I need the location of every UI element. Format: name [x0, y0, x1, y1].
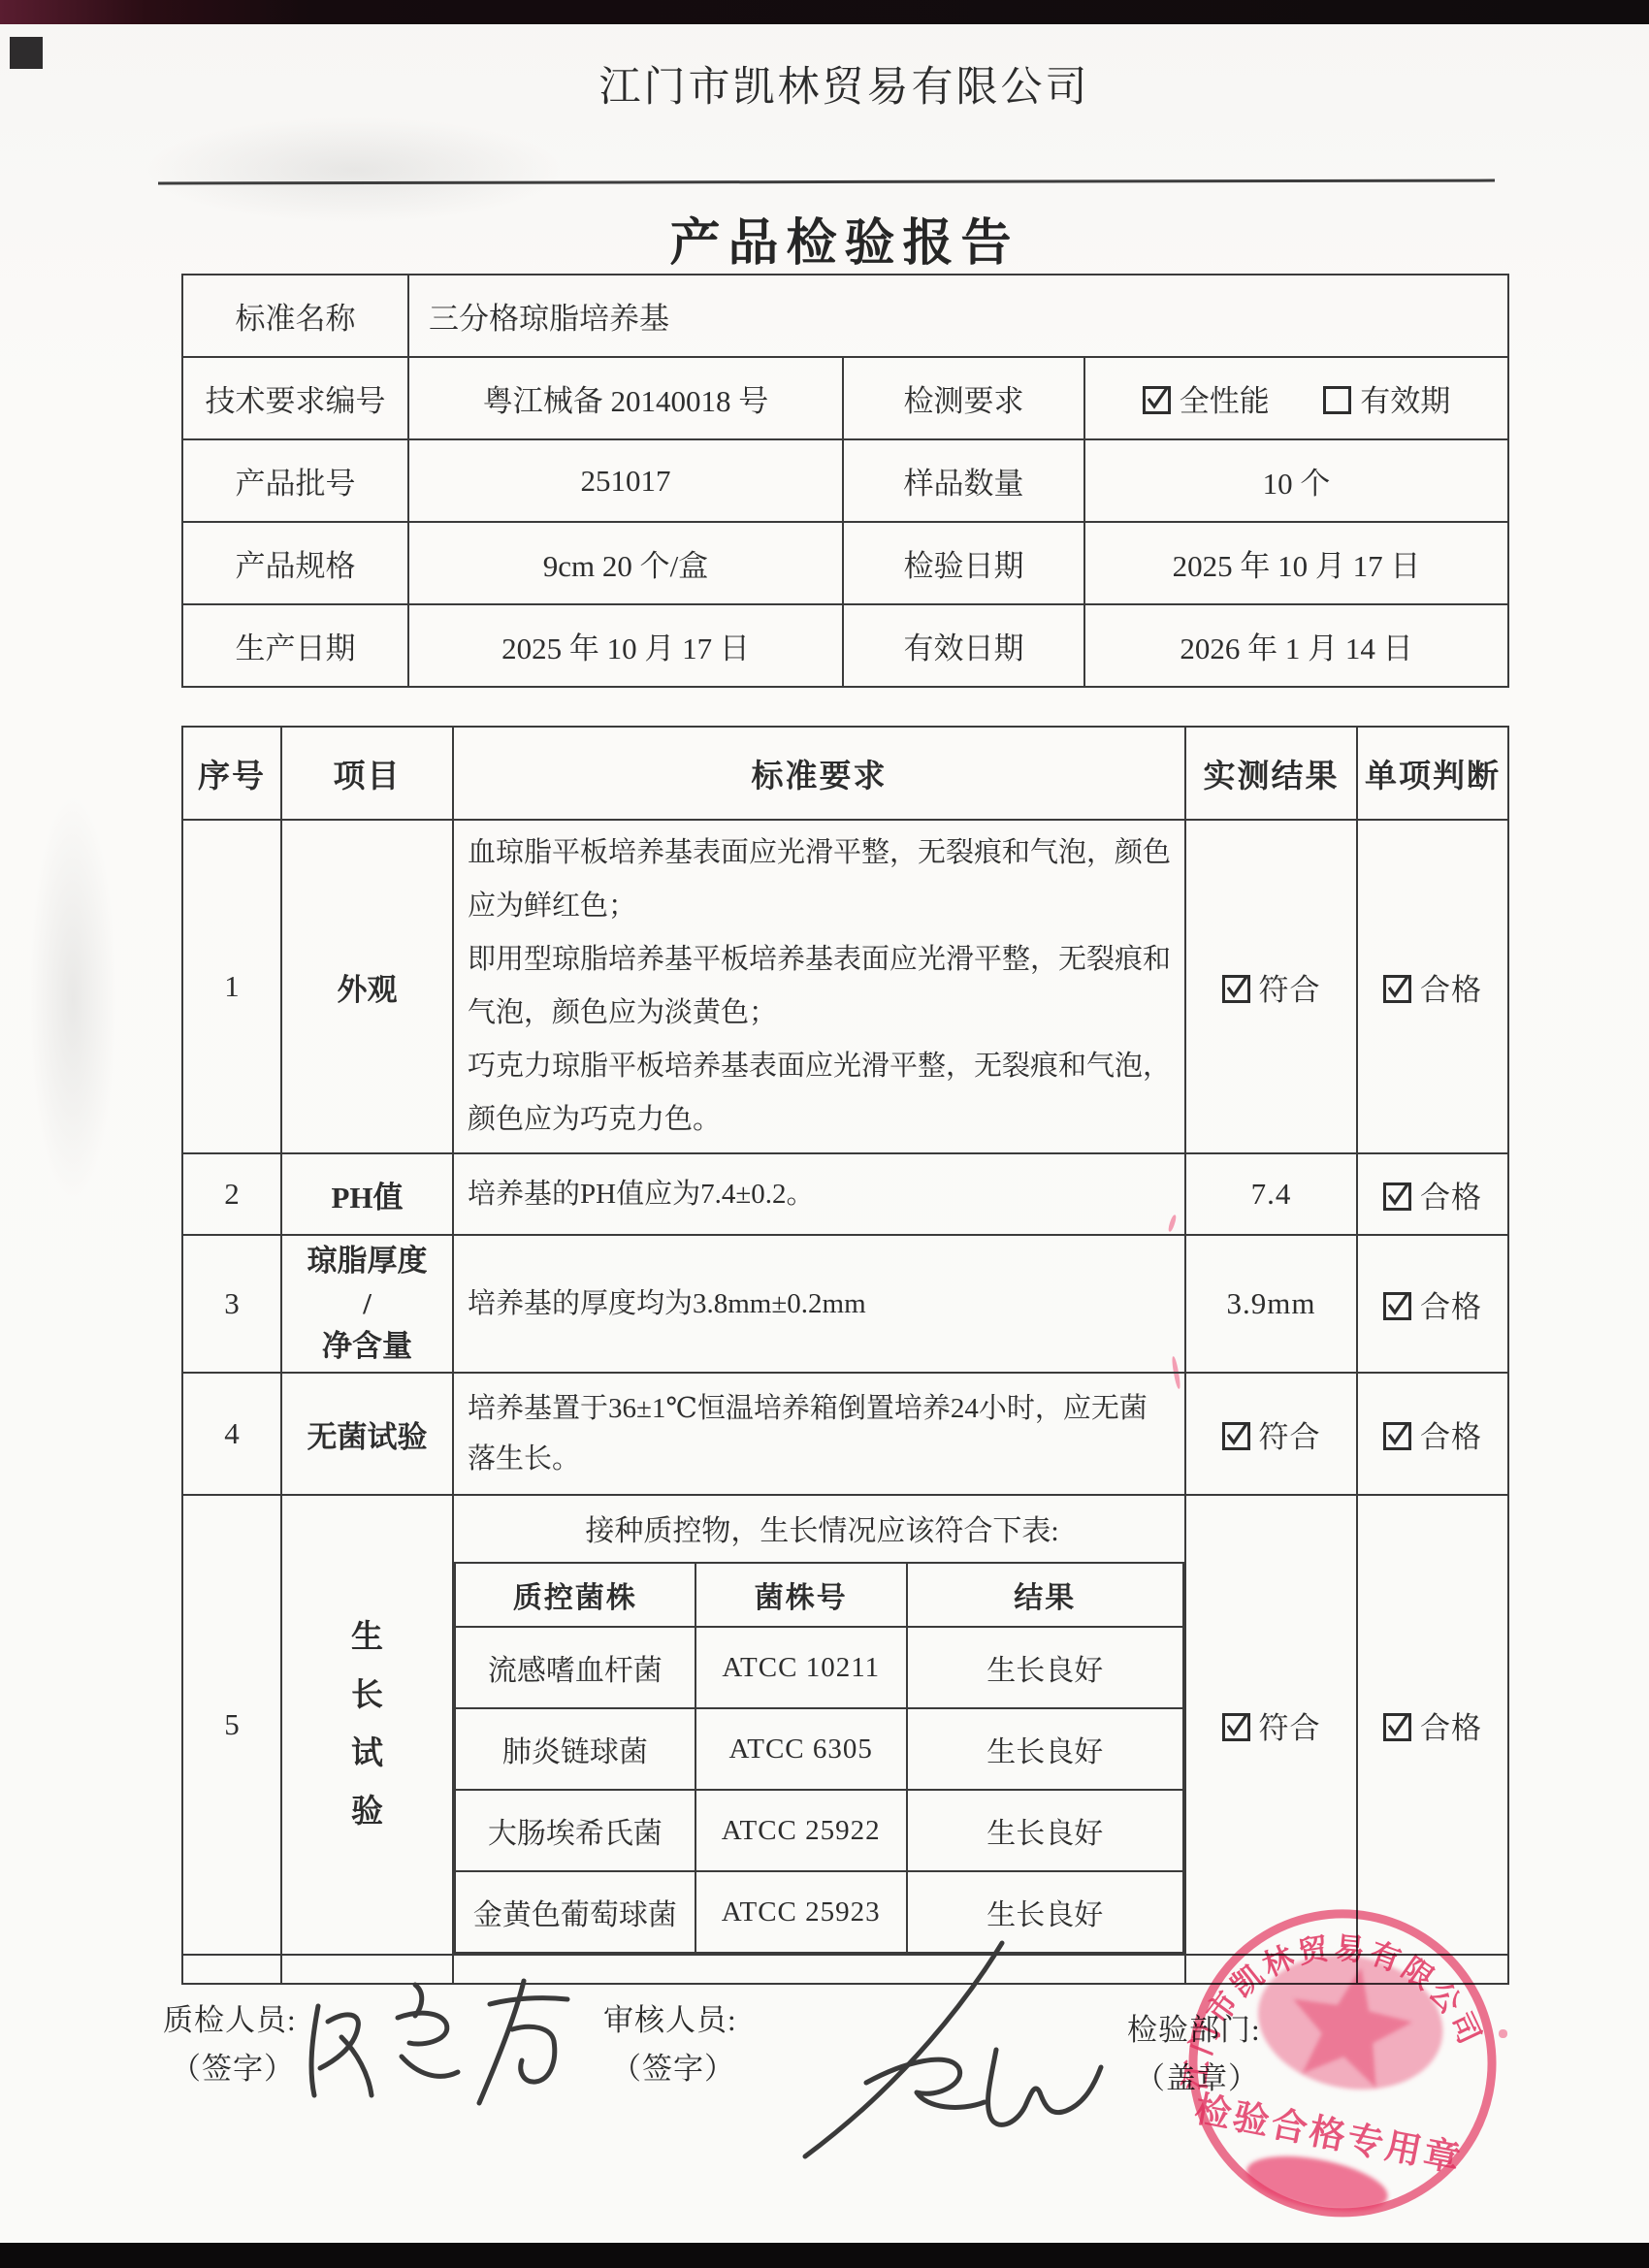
- reviewer-label: 审核人员:: [603, 1996, 737, 2045]
- tech-requirement-no-value: 粤江械备 20140018 号: [408, 357, 843, 439]
- field-label: 样品数量: [843, 439, 1084, 522]
- inspector-label: 质检人员:: [163, 1996, 297, 2045]
- column-header: 实测结果: [1185, 727, 1357, 820]
- column-header: 标准要求: [453, 727, 1185, 820]
- standard-requirement: 血琼脂平板培养基表面应光滑平整，无裂痕和气泡，颜色 应为鲜红色； 即用型琼脂培养…: [453, 820, 1185, 1153]
- growth-intro-text: 接种质控物，生长情况应该符合下表:: [454, 1496, 1184, 1562]
- reviewer-label-block: 审核人员: （签字）: [603, 1996, 737, 2093]
- measured-result: 符合: [1185, 1373, 1357, 1495]
- strain-number: ATCC 10211: [695, 1627, 907, 1708]
- strain-number: ATCC 6305: [695, 1708, 907, 1790]
- check-option-label: 全性能: [1180, 384, 1270, 418]
- production-date-value: 2025 年 10 月 17 日: [408, 604, 843, 687]
- field-label: 检验日期: [843, 522, 1084, 604]
- table-row: 技术要求编号 粤江械备 20140018 号 检测要求 全性能 有效期: [182, 357, 1508, 439]
- checkbox-unchecked-icon: [1323, 386, 1351, 414]
- check-option-label: 有效期: [1360, 384, 1450, 418]
- column-header: 项目: [281, 727, 453, 820]
- checkbox-checked-icon: [1222, 975, 1250, 1003]
- row-number: 3: [182, 1235, 281, 1373]
- judgement: 合格: [1357, 1373, 1508, 1495]
- growth-result: 生长良好: [907, 1708, 1183, 1790]
- company-name: 江门市凯林贸易有限公司: [181, 54, 1507, 113]
- inspection-date-value: 2025 年 10 月 17 日: [1084, 522, 1508, 604]
- strain-number: ATCC 25922: [695, 1790, 907, 1871]
- field-label: 技术要求编号: [182, 357, 408, 439]
- standard-requirement: 培养基的PH值应为7.4±0.2。: [453, 1153, 1185, 1235]
- checkbox-checked-icon: [1143, 386, 1171, 414]
- judgement: 合格: [1357, 1495, 1508, 1955]
- measured-result: 7.4: [1185, 1153, 1357, 1235]
- judgement: 合格: [1357, 1235, 1508, 1373]
- item-name: 生 长 试 验: [281, 1495, 453, 1955]
- column-header: 单项判断: [1357, 727, 1508, 820]
- field-label: 标准名称: [182, 275, 408, 357]
- table-row: 2 PH值 培养基的PH值应为7.4±0.2。 7.4 合格: [182, 1153, 1508, 1235]
- table-row: 3 琼脂厚度 / 净含量 培养基的厚度均为3.8mm±0.2mm 3.9mm 合…: [182, 1235, 1508, 1373]
- column-header: 菌株号: [695, 1563, 907, 1627]
- scanned-inspection-report: { "document": { "company_name": "江门市凯林贸易…: [0, 0, 1649, 2268]
- field-label: 有效日期: [843, 604, 1084, 687]
- table-row: 流感嗜血杆菌 ATCC 10211 生长良好: [455, 1627, 1183, 1708]
- measured-result: 符合: [1185, 820, 1357, 1153]
- spec-value: 9cm 20 个/盒: [408, 522, 843, 604]
- company-stamp: 江门市凯林贸易有限公司 检验合格专用章: [1145, 1855, 1541, 2268]
- inspector-signature: [291, 1967, 592, 2132]
- test-result-table: 序号 项目 标准要求 实测结果 单项判断 1 外观 血琼脂平板培养基表面应光滑平…: [181, 726, 1509, 1985]
- field-label: 产品批号: [182, 439, 408, 522]
- table-row: 产品规格 9cm 20 个/盒 检验日期 2025 年 10 月 17 日: [182, 522, 1508, 604]
- row-number: 5: [182, 1495, 281, 1955]
- column-header: 序号: [182, 727, 281, 820]
- checkbox-checked-icon: [1383, 1292, 1411, 1320]
- scan-corner-artifact: [10, 37, 43, 69]
- measured-result: 3.9mm: [1185, 1235, 1357, 1373]
- standard-requirement: 培养基置于36±1℃恒温培养箱倒置培养24小时，应无菌 落生长。: [453, 1373, 1185, 1495]
- checkbox-checked-icon: [1222, 1713, 1250, 1741]
- checkbox-checked-icon: [1383, 975, 1411, 1003]
- judgement: 合格: [1357, 1153, 1508, 1235]
- product-info-table: 标准名称 三分格琼脂培养基 技术要求编号 粤江械备 20140018 号 检测要…: [181, 274, 1509, 688]
- report-title: 产品检验报告: [181, 202, 1507, 275]
- row-number: 2: [182, 1153, 281, 1235]
- reviewer-sign-hint: （签字）: [603, 2045, 737, 2093]
- scan-top-edge-artifact: [0, 0, 1649, 24]
- item-name: 琼脂厚度 / 净含量: [281, 1235, 453, 1373]
- strain-name: 流感嗜血杆菌: [455, 1627, 695, 1708]
- strain-name: 肺炎链球菌: [455, 1708, 695, 1790]
- item-name: 无菌试验: [281, 1373, 453, 1495]
- item-name: PH值: [281, 1153, 453, 1235]
- field-label: 检测要求: [843, 357, 1084, 439]
- strain-name: 金黄色葡萄球菌: [455, 1871, 695, 1953]
- item-name: 外观: [281, 820, 453, 1153]
- checkbox-checked-icon: [1383, 1422, 1411, 1450]
- table-row: 生产日期 2025 年 10 月 17 日 有效日期 2026 年 1 月 14…: [182, 604, 1508, 687]
- expiry-date-value: 2026 年 1 月 14 日: [1084, 604, 1508, 687]
- inspector-label-block: 质检人员: （签字）: [163, 1996, 297, 2093]
- table-row: 1 外观 血琼脂平板培养基表面应光滑平整，无裂痕和气泡，颜色 应为鲜红色； 即用…: [182, 820, 1508, 1153]
- growth-result: 生长良好: [907, 1790, 1183, 1871]
- sample-qty-value: 10 个: [1084, 439, 1508, 522]
- field-label: 产品规格: [182, 522, 408, 604]
- scan-noise: [29, 795, 116, 1203]
- field-label: 生产日期: [182, 604, 408, 687]
- table-header-row: 序号 项目 标准要求 实测结果 单项判断: [182, 727, 1508, 820]
- table-row: 肺炎链球菌 ATCC 6305 生长良好: [455, 1708, 1183, 1790]
- test-requirement-value: 全性能 有效期: [1084, 357, 1508, 439]
- table-row: 产品批号 251017 样品数量 10 个: [182, 439, 1508, 522]
- growth-result: 生长良好: [907, 1627, 1183, 1708]
- inspector-sign-hint: （签字）: [163, 2045, 297, 2093]
- row-number: 4: [182, 1373, 281, 1495]
- checkbox-checked-icon: [1383, 1183, 1411, 1211]
- reviewer-signature: [752, 1935, 1130, 2178]
- column-header: 结果: [907, 1563, 1183, 1627]
- standard-requirement: 培养基的厚度均为3.8mm±0.2mm: [453, 1235, 1185, 1373]
- table-row: 标准名称 三分格琼脂培养基: [182, 275, 1508, 357]
- standard-name-value: 三分格琼脂培养基: [408, 275, 1508, 357]
- judgement: 合格: [1357, 820, 1508, 1153]
- growth-result-table: 质控菌株 菌株号 结果 流感嗜血杆菌 ATCC 10211 生长良好 肺炎链球菌…: [454, 1562, 1184, 1954]
- strain-name: 大肠埃希氏菌: [455, 1790, 695, 1871]
- table-row: 大肠埃希氏菌 ATCC 25922 生长良好: [455, 1790, 1183, 1871]
- checkbox-checked-icon: [1383, 1713, 1411, 1741]
- batch-no-value: 251017: [408, 439, 843, 522]
- column-header: 质控菌株: [455, 1563, 695, 1627]
- table-row: 4 无菌试验 培养基置于36±1℃恒温培养箱倒置培养24小时，应无菌 落生长。 …: [182, 1373, 1508, 1495]
- row-number: 1: [182, 820, 281, 1153]
- checkbox-checked-icon: [1222, 1422, 1250, 1450]
- growth-test-cell: 接种质控物，生长情况应该符合下表: 质控菌株 菌株号 结果 流感嗜血杆菌 ATC…: [453, 1495, 1185, 1955]
- table-header-row: 质控菌株 菌株号 结果: [455, 1563, 1183, 1627]
